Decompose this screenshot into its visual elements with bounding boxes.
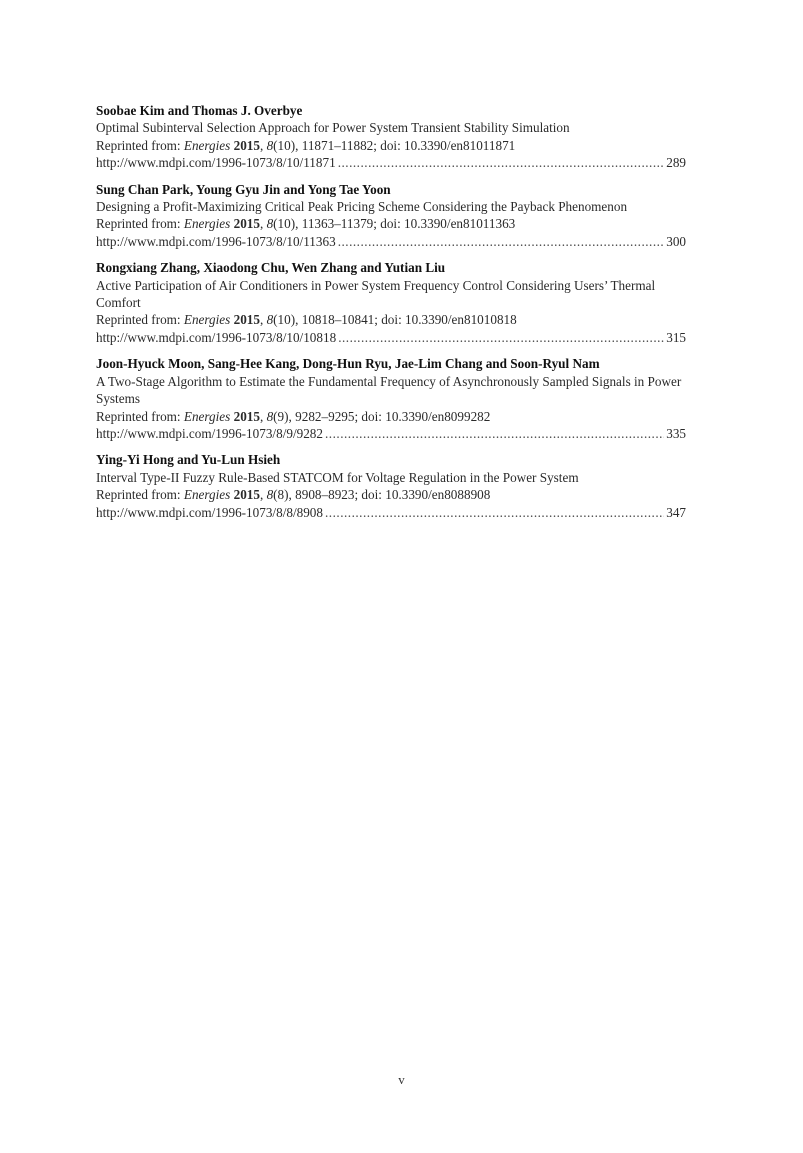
issue-pages-doi: (10), 11363–11379; doi: 10.3390/en810113… [273,216,515,231]
page-footer-number: v [0,1072,803,1088]
toc-entry: Sung Chan Park, Young Gyu Jin and Yong T… [96,181,686,251]
year: 2015 [234,409,260,424]
entry-url-link[interactable]: http://www.mdpi.com/1996-1073/8/10/10818 [96,329,336,346]
entry-reprint-info: Reprinted from: Energies 2015, 8(8), 890… [96,486,686,503]
dot-leader [325,425,664,442]
toc-entry: Ying-Yi Hong and Yu-Lun Hsieh Interval T… [96,451,686,521]
entry-page-number[interactable]: 289 [666,154,686,171]
year: 2015 [234,138,260,153]
entry-link-line: http://www.mdpi.com/1996-1073/8/10/10818… [96,329,686,346]
entry-url-link[interactable]: http://www.mdpi.com/1996-1073/8/10/11363 [96,233,336,250]
entry-reprint-info: Reprinted from: Energies 2015, 8(10), 11… [96,137,686,154]
entry-url-link[interactable]: http://www.mdpi.com/1996-1073/8/9/9282 [96,425,323,442]
dot-leader [338,154,665,171]
reprint-prefix: Reprinted from: [96,487,184,502]
table-of-contents: Soobae Kim and Thomas J. Overbye Optimal… [96,102,686,530]
year: 2015 [234,312,260,327]
entry-url-link[interactable]: http://www.mdpi.com/1996-1073/8/8/8908 [96,504,323,521]
entry-page-number[interactable]: 300 [666,233,686,250]
reprint-prefix: Reprinted from: [96,216,184,231]
entry-url-link[interactable]: http://www.mdpi.com/1996-1073/8/10/11871 [96,154,336,171]
entry-authors: Rongxiang Zhang, Xiaodong Chu, Wen Zhang… [96,259,686,276]
reprint-prefix: Reprinted from: [96,312,184,327]
entry-authors: Soobae Kim and Thomas J. Overbye [96,102,686,119]
entry-page-number[interactable]: 315 [666,329,686,346]
entry-link-line: http://www.mdpi.com/1996-1073/8/10/11363… [96,233,686,250]
entry-link-line: http://www.mdpi.com/1996-1073/8/10/11871… [96,154,686,171]
issue-pages-doi: (10), 10818–10841; doi: 10.3390/en810108… [273,312,517,327]
toc-entry: Rongxiang Zhang, Xiaodong Chu, Wen Zhang… [96,259,686,346]
entry-title: A Two-Stage Algorithm to Estimate the Fu… [96,373,686,408]
toc-entry: Soobae Kim and Thomas J. Overbye Optimal… [96,102,686,172]
entry-page-number[interactable]: 347 [666,504,686,521]
journal-name: Energies [184,138,230,153]
entry-link-line: http://www.mdpi.com/1996-1073/8/8/8908 3… [96,504,686,521]
journal-name: Energies [184,216,230,231]
entry-title: Interval Type-II Fuzzy Rule-Based STATCO… [96,469,686,486]
entry-authors: Joon-Hyuck Moon, Sang-Hee Kang, Dong-Hun… [96,355,686,372]
entry-title: Designing a Profit-Maximizing Critical P… [96,198,686,215]
issue-pages-doi: (8), 8908–8923; doi: 10.3390/en8088908 [273,487,490,502]
journal-name: Energies [184,312,230,327]
toc-entry: Joon-Hyuck Moon, Sang-Hee Kang, Dong-Hun… [96,355,686,442]
journal-name: Energies [184,409,230,424]
issue-pages-doi: (9), 9282–9295; doi: 10.3390/en8099282 [273,409,490,424]
reprint-prefix: Reprinted from: [96,138,184,153]
entry-title: Active Participation of Air Conditioners… [96,277,686,312]
dot-leader [325,504,664,521]
entry-link-line: http://www.mdpi.com/1996-1073/8/9/9282 3… [96,425,686,442]
entry-page-number[interactable]: 335 [666,425,686,442]
dot-leader [338,233,665,250]
entry-reprint-info: Reprinted from: Energies 2015, 8(9), 928… [96,408,686,425]
journal-name: Energies [184,487,230,502]
entry-title: Optimal Subinterval Selection Approach f… [96,119,686,136]
issue-pages-doi: (10), 11871–11882; doi: 10.3390/en810118… [273,138,515,153]
dot-leader [338,329,664,346]
entry-reprint-info: Reprinted from: Energies 2015, 8(10), 10… [96,311,686,328]
year: 2015 [234,216,260,231]
entry-authors: Sung Chan Park, Young Gyu Jin and Yong T… [96,181,686,198]
reprint-prefix: Reprinted from: [96,409,184,424]
entry-authors: Ying-Yi Hong and Yu-Lun Hsieh [96,451,686,468]
year: 2015 [234,487,260,502]
entry-reprint-info: Reprinted from: Energies 2015, 8(10), 11… [96,215,686,232]
